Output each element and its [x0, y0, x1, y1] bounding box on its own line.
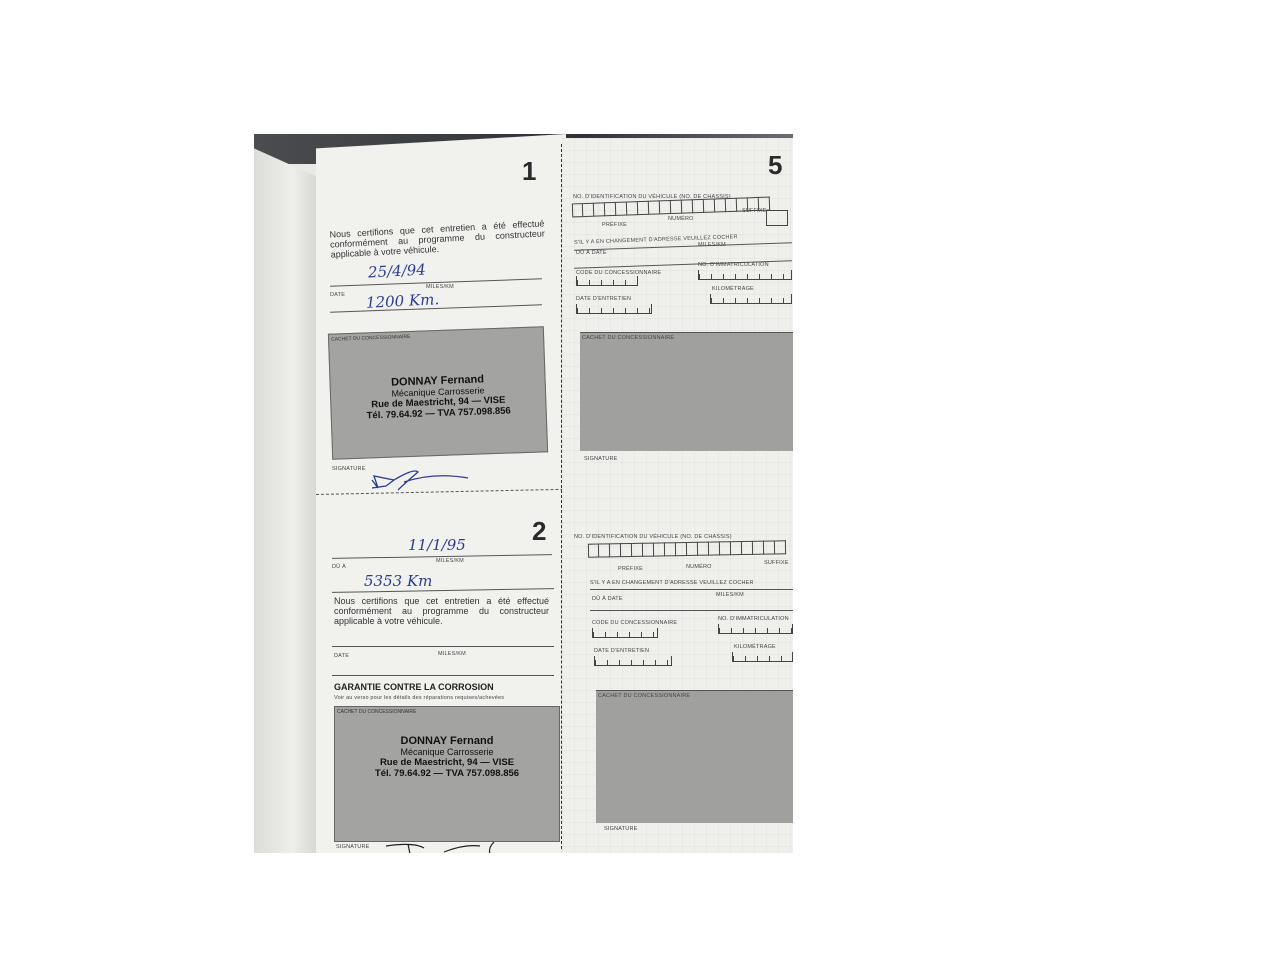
registration-field-6[interactable]	[718, 624, 793, 634]
date-line-2	[332, 646, 554, 647]
suffix-box-5[interactable]	[766, 210, 788, 226]
dealer-stamp-box-2: CACHET DU CONCESSIONNAIRE DONNAY Fernand…	[334, 706, 560, 842]
signature-label-5: SIGNATURE	[584, 456, 617, 462]
dealer-stamp-box-5: CACHET DU CONCESSIONNAIRE	[580, 332, 793, 451]
signature-label-2: SIGNATURE	[336, 844, 369, 850]
dealer-phone-vat: Tél. 79.64.92 — TVA 757.098.856	[335, 768, 559, 779]
corrosion-note: Voir au verso pour les détails des répar…	[334, 695, 504, 701]
dealer-stamp-box-1: CACHET DU CONCESSIONNAIRE DONNAY Fernand…	[328, 326, 548, 459]
dealer-trade: Mécanique Carrosserie	[335, 747, 559, 757]
dealer-stamp-box-6: CACHET DU CONCESSIONNAIRE	[596, 690, 793, 823]
signature-label-6: SIGNATURE	[604, 826, 637, 832]
mileage-line-2b	[332, 675, 554, 676]
signature-2	[384, 840, 524, 853]
miles-km-label-2b: MILES/KM	[438, 651, 466, 657]
address-change-label-6: S'IL Y A EN CHANGEMENT D'ADRESSE VEUILLE…	[590, 580, 754, 586]
miles-km-label-1: MILES/KM	[426, 284, 454, 290]
perforation-vertical-overlay	[561, 144, 562, 849]
number-label-5: NUMÉRO	[668, 216, 694, 222]
service-date-field-5[interactable]	[576, 304, 652, 314]
due-date-label-6: DÛ À DATE	[592, 596, 623, 602]
stamp-label-1: CACHET DU CONCESSIONNAIRE	[331, 334, 411, 343]
date-label-1: DATE	[330, 292, 345, 298]
signature-1	[364, 462, 484, 492]
coupon-number-5: 5	[768, 150, 782, 181]
dealer-stamp-2: DONNAY Fernand Mécanique Carrosserie Rue…	[335, 735, 559, 779]
due-label-2: DÛ À	[332, 564, 346, 570]
registration-label-5: NO. D'IMMATRICULATION	[698, 262, 769, 268]
dealer-stamp-1: DONNAY Fernand Mécanique Carrosserie Rue…	[330, 371, 545, 422]
dealer-name: DONNAY Fernand	[335, 735, 559, 747]
mileage-label-5: KILOMÉTRAGE	[712, 286, 754, 292]
certification-text-2: Nous certifions que cet entretien a été …	[334, 596, 549, 626]
booklet-binding	[254, 134, 318, 853]
corrosion-heading: GARANTIE CONTRE LA CORROSION	[334, 682, 494, 692]
miles-label-5: MILES/KM	[698, 242, 726, 248]
service-date-label-6: DATE D'ENTRETIEN	[594, 648, 649, 654]
mileage-field-6[interactable]	[732, 652, 793, 662]
address-line-6	[590, 589, 793, 590]
date-label-2: DATE	[334, 653, 349, 659]
stamp-label-2: CACHET DU CONCESSIONNAIRE	[337, 709, 416, 715]
dealer-code-field-5[interactable]	[576, 276, 638, 286]
miles-label-6: MILES/KM	[716, 592, 744, 598]
miles-km-label-2: MILES/KM	[436, 558, 464, 564]
due-date-label-5: DÛ À DATE	[576, 250, 607, 256]
number-label-6: NUMÉRO	[686, 564, 712, 570]
dealer-address: Rue de Maestricht, 94 — VISE	[335, 757, 559, 768]
prefix-label-6: PRÉFIXE	[618, 566, 643, 572]
signature-label-1: SIGNATURE	[332, 466, 365, 472]
stamp-label-5: CACHET DU CONCESSIONNAIRE	[582, 335, 674, 341]
mileage-label-6: KILOMÉTRAGE	[734, 644, 776, 650]
suffix-label-5: SUFFIXE	[742, 208, 767, 214]
registration-field-5[interactable]	[698, 270, 792, 280]
dealer-code-field-6[interactable]	[592, 628, 658, 638]
service-date-field-6[interactable]	[594, 656, 672, 666]
stamp-label-6: CACHET DU CONCESSIONNAIRE	[598, 693, 690, 699]
service-date-label-5: DATE D'ENTRETIEN	[576, 296, 631, 302]
suffix-label-6: SUFFIXE	[764, 560, 789, 566]
mileage-field-5[interactable]	[710, 294, 792, 304]
handwritten-mileage-2: 5353 Km	[364, 572, 432, 590]
coupon-number-2: 2	[532, 516, 546, 547]
coupon-number-1: 1	[522, 156, 536, 187]
handwritten-date-2: 11/1/95	[408, 536, 466, 554]
handwritten-date-1: 25/4/94	[368, 260, 427, 281]
service-booklet-photo: 1 Nous certifions que cet entretien a ét…	[254, 134, 793, 853]
due-line-6	[590, 610, 793, 611]
dealer-code-label-6: CODE DU CONCESSIONNAIRE	[592, 620, 677, 626]
prefix-label-5: PRÉFIXE	[602, 222, 627, 228]
registration-label-6: NO. D'IMMATRICULATION	[718, 616, 789, 622]
vin-label-6: NO. D'IDENTIFICATION DU VÉHICULE (NO. DE…	[574, 534, 732, 540]
